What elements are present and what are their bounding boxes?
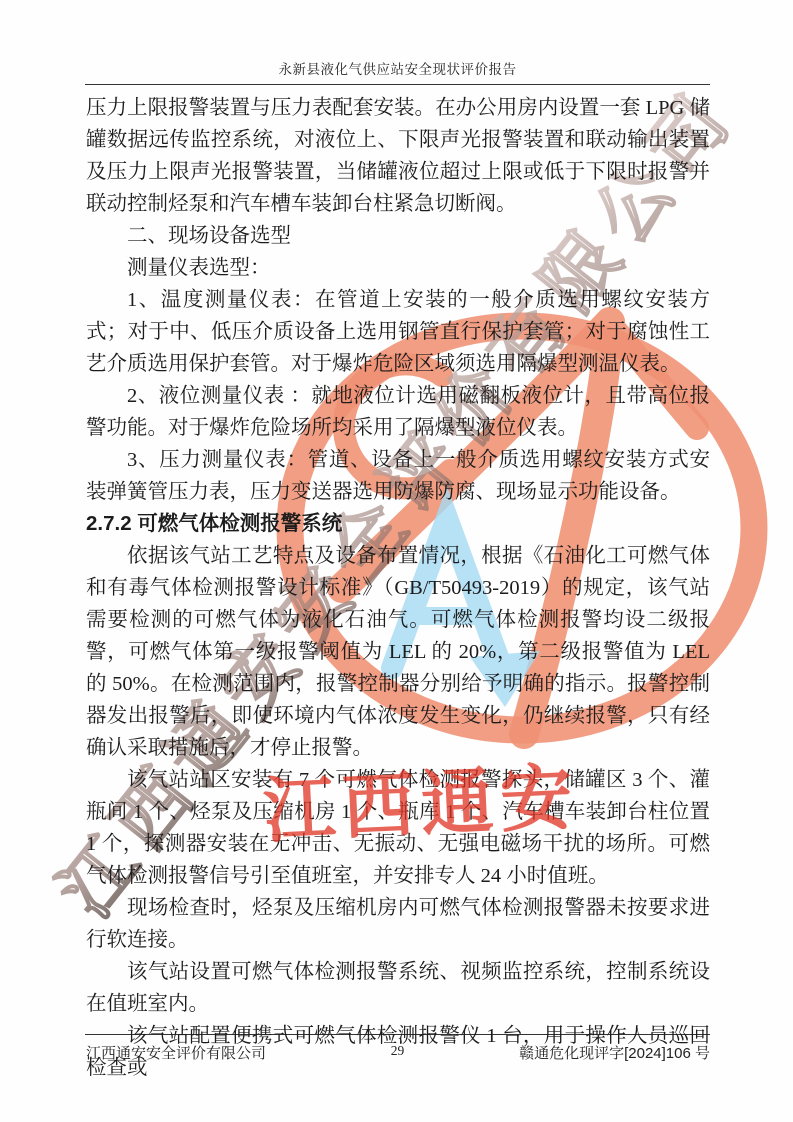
paragraph: 该气站站区安装有 7 个可燃气体检测报警探头，储罐区 3 个、灌瓶间 1 个、烃… <box>86 764 710 892</box>
paragraph: 现场检查时，烃泵及压缩机房内可燃气体检测报警器未按要求进行软连接。 <box>86 892 710 956</box>
document-body: 压力上限报警装置与压力表配套安装。在办公用房内设置一套 LPG 储罐数据远传监控… <box>86 92 710 1084</box>
paragraph: 压力上限报警装置与压力表配套安装。在办公用房内设置一套 LPG 储罐数据远传监控… <box>86 92 710 220</box>
paragraph: 该气站设置可燃气体检测报警系统、视频监控系统，控制系统设在值班室内。 <box>86 956 710 1020</box>
paragraph: 二、现场设备选型 <box>86 220 710 252</box>
document-page: 江西通安安全评价有限公司 永新县液化气供应站安全现状评价报告 压力上限报警装置与… <box>0 0 793 1122</box>
paragraph: 1、温度测量仪表：在管道上安装的一般介质选用螺纹安装方式；对于中、低压介质设备上… <box>86 284 710 380</box>
paragraph: 依据该气站工艺特点及设备布置情况，根据《石油化工可燃气体和有毒气体检测报警设计标… <box>86 540 710 764</box>
footer-doc-number: 赣通危化现评字[2024]106 号 <box>519 1042 710 1063</box>
document-footer: 江西通安安全评价有限公司 29 赣通危化现评字[2024]106 号 <box>85 1040 710 1064</box>
paragraph: 3、压力测量仪表：管道、设备上一般介质选用螺纹安装方式安装弹簧管压力表，压力变送… <box>86 444 710 508</box>
paragraph: 测量仪表选型： <box>86 252 710 284</box>
section-heading: 2.7.2 可燃气体检测报警系统 <box>86 508 710 540</box>
paragraph: 2、液位测量仪表 ：就地液位计选用磁翻板液位计，且带高位报警功能。对于爆炸危险场… <box>86 380 710 444</box>
